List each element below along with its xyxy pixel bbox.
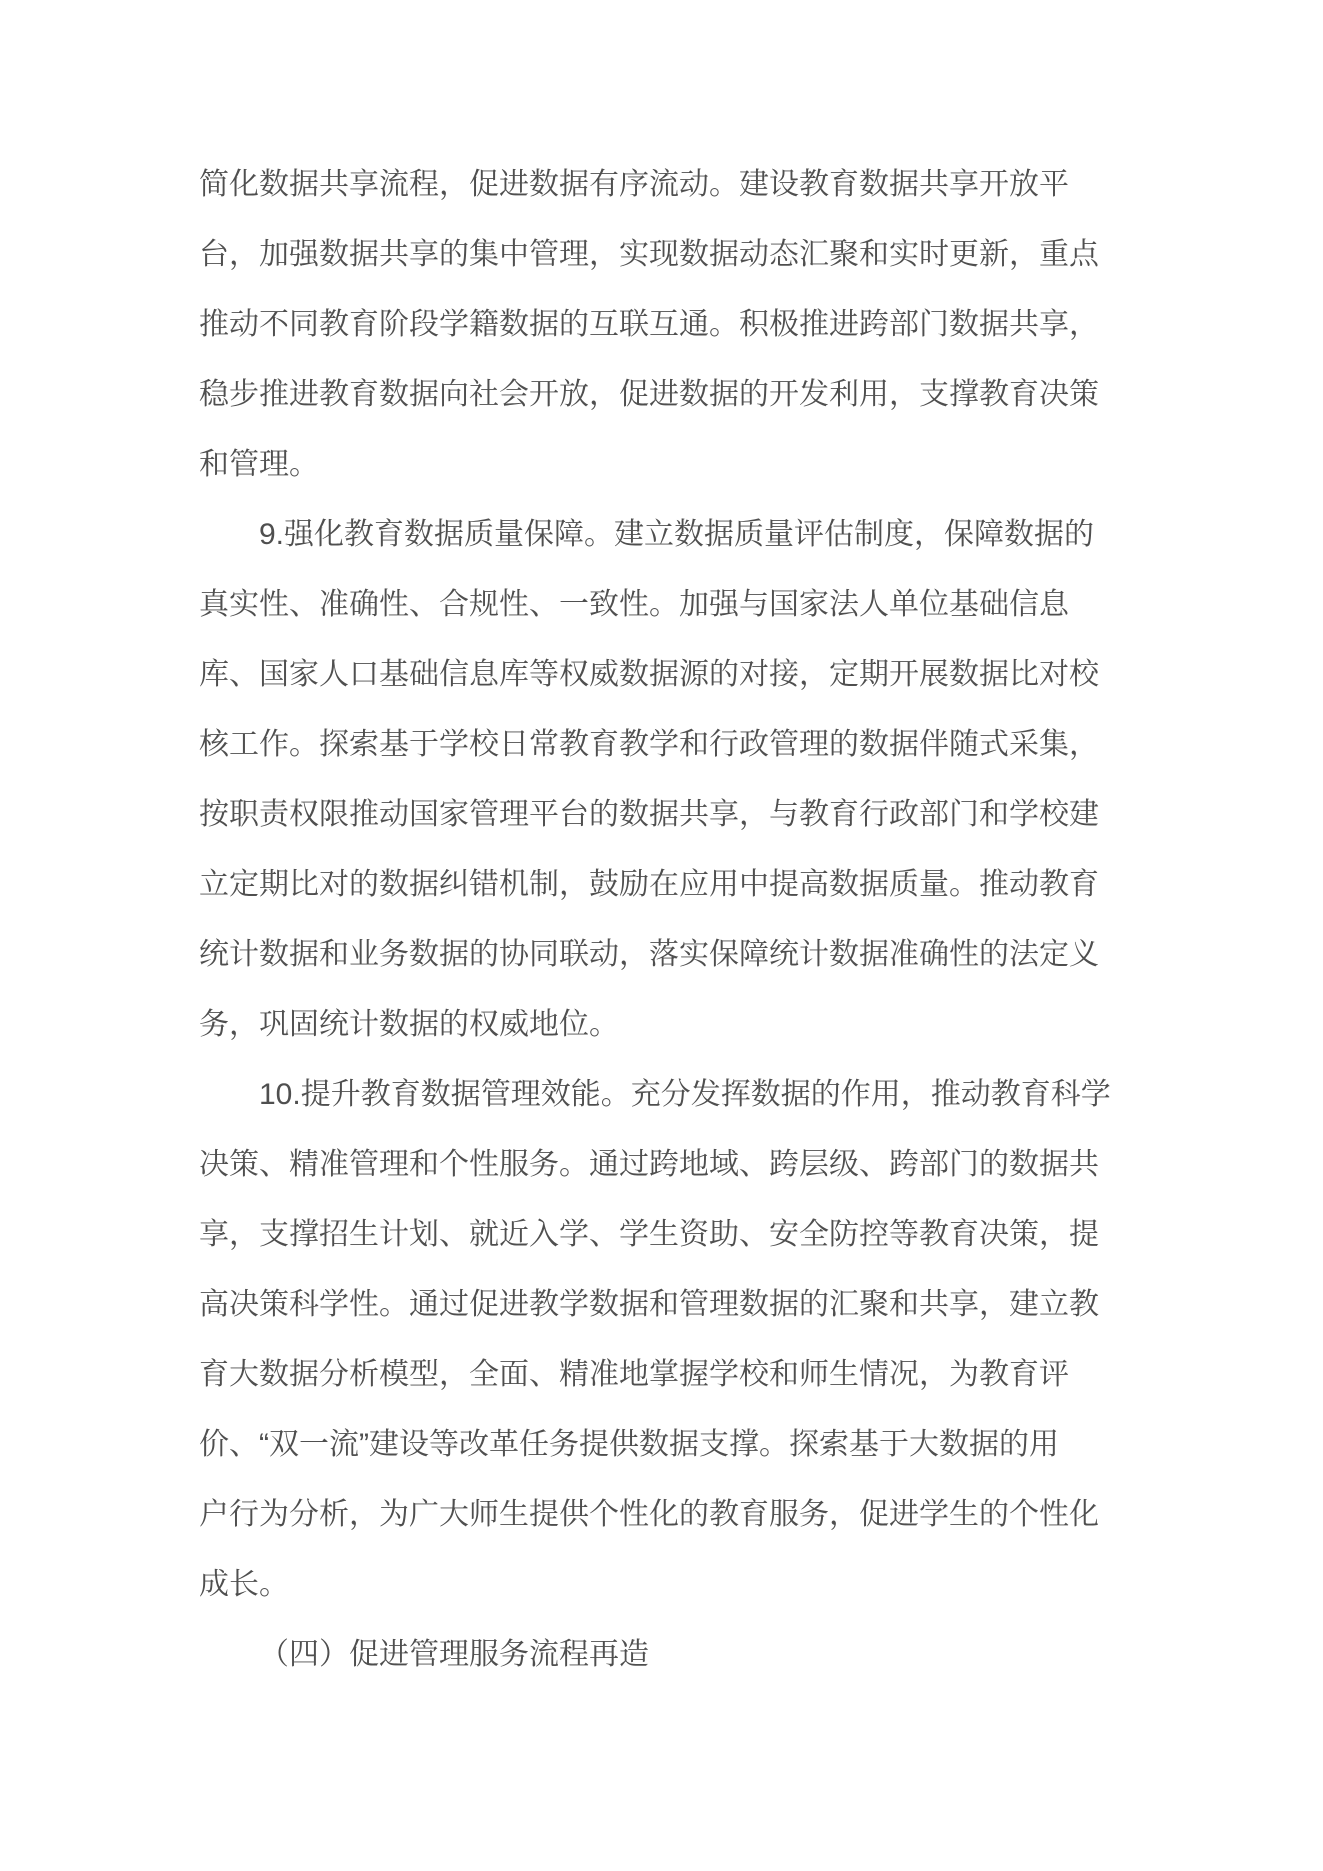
text-line: 10.提升教育数据管理效能。充分发挥数据的作用，推动教育科学 [199,1060,1193,1130]
document-body: 简化数据共享流程，促进数据有序流动。建设教育数据共享开放平台，加强数据共享的集中… [199,150,1193,1690]
paragraph: （四）促进管理服务流程再造 [199,1620,1193,1690]
text-line: 稳步推进教育数据向社会开放，促进数据的开发利用，支撑教育决策 [199,360,1193,430]
text-line: 真实性、准确性、合规性、一致性。加强与国家法人单位基础信息 [199,570,1193,640]
text-line: 成长。 [199,1550,1193,1620]
text-line: 决策、精准管理和个性服务。通过跨地域、跨层级、跨部门的数据共 [199,1130,1193,1200]
text-line: 简化数据共享流程，促进数据有序流动。建设教育数据共享开放平 [199,150,1193,220]
text-line: 享，支撑招生计划、就近入学、学生资助、安全防控等教育决策，提 [199,1200,1193,1270]
text-line: 育大数据分析模型，全面、精准地掌握学校和师生情况，为教育评 [199,1340,1193,1410]
text-line: 立定期比对的数据纠错机制，鼓励在应用中提高数据质量。推动教育 [199,850,1193,920]
paragraph: 简化数据共享流程，促进数据有序流动。建设教育数据共享开放平台，加强数据共享的集中… [199,150,1193,500]
text-line: 户行为分析，为广大师生提供个性化的教育服务，促进学生的个性化 [199,1480,1193,1550]
text-line: 和管理。 [199,430,1193,500]
paragraph: 9.强化教育数据质量保障。建立数据质量评估制度，保障数据的真实性、准确性、合规性… [199,500,1193,1060]
text-line: 核工作。探索基于学校日常教育教学和行政管理的数据伴随式采集， [199,710,1193,780]
text-line: 统计数据和业务数据的协同联动，落实保障统计数据准确性的法定义 [199,920,1193,990]
text-line: 价、“双一流”建设等改革任务提供数据支撑。探索基于大数据的用 [199,1410,1193,1480]
text-line: 推动不同教育阶段学籍数据的互联互通。积极推进跨部门数据共享， [199,290,1193,360]
document-page: 简化数据共享流程，促进数据有序流动。建设教育数据共享开放平台，加强数据共享的集中… [0,0,1323,1871]
text-line: 务，巩固统计数据的权威地位。 [199,990,1193,1060]
text-line: 按职责权限推动国家管理平台的数据共享，与教育行政部门和学校建 [199,780,1193,850]
text-line: 台，加强数据共享的集中管理，实现数据动态汇聚和实时更新，重点 [199,220,1193,290]
text-line: 库、国家人口基础信息库等权威数据源的对接，定期开展数据比对校 [199,640,1193,710]
paragraph: 10.提升教育数据管理效能。充分发挥数据的作用，推动教育科学决策、精准管理和个性… [199,1060,1193,1620]
text-line: 9.强化教育数据质量保障。建立数据质量评估制度，保障数据的 [199,500,1193,570]
text-line: （四）促进管理服务流程再造 [199,1620,1193,1690]
text-line: 高决策科学性。通过促进教学数据和管理数据的汇聚和共享，建立教 [199,1270,1193,1340]
